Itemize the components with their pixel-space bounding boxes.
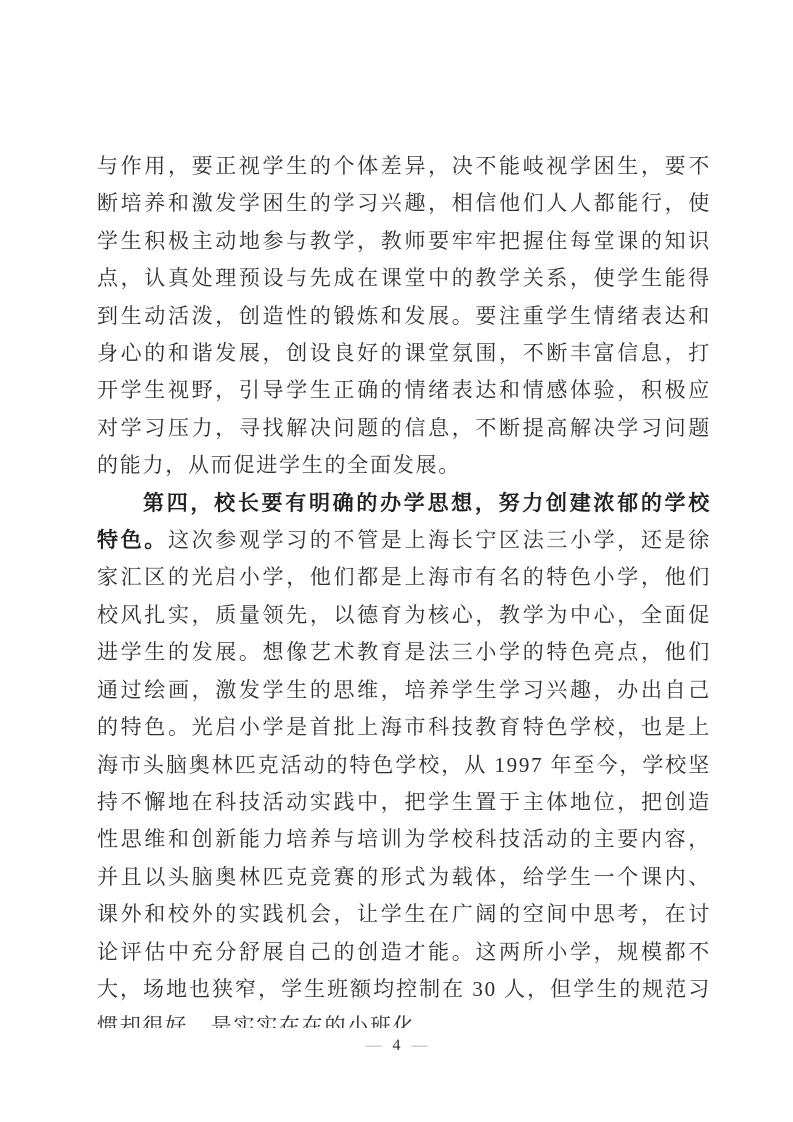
paragraph-text: 这次参观学习的不管是上海长宁区法三小学，还是徐家汇区的光启小学，他们都是上海市有… xyxy=(97,528,711,1028)
document-body: 与作用，要正视学生的个体差异，决不能岐视学困生，要不断培养和激发学困生的学习兴趣… xyxy=(97,148,711,1028)
footer-dash-left: — xyxy=(366,1037,382,1054)
paragraph-point-four: 第四，校长要有明确的办学思想，努力创建浓郁的学校特色。这次参观学习的不管是上海长… xyxy=(97,485,711,1028)
paragraph-text: 与作用，要正视学生的个体差异，决不能岐视学困生，要不断培养和激发学困生的学习兴趣… xyxy=(97,154,711,477)
document-page: 与作用，要正视学生的个体差异，决不能岐视学困生，要不断培养和激发学困生的学习兴趣… xyxy=(0,0,793,1122)
page-number: 4 xyxy=(393,1037,401,1054)
footer-dash-right: — xyxy=(412,1037,428,1054)
paragraph-continuation: 与作用，要正视学生的个体差异，决不能岐视学困生，要不断培养和激发学困生的学习兴趣… xyxy=(97,148,711,485)
page-footer: —4— xyxy=(0,1034,793,1058)
